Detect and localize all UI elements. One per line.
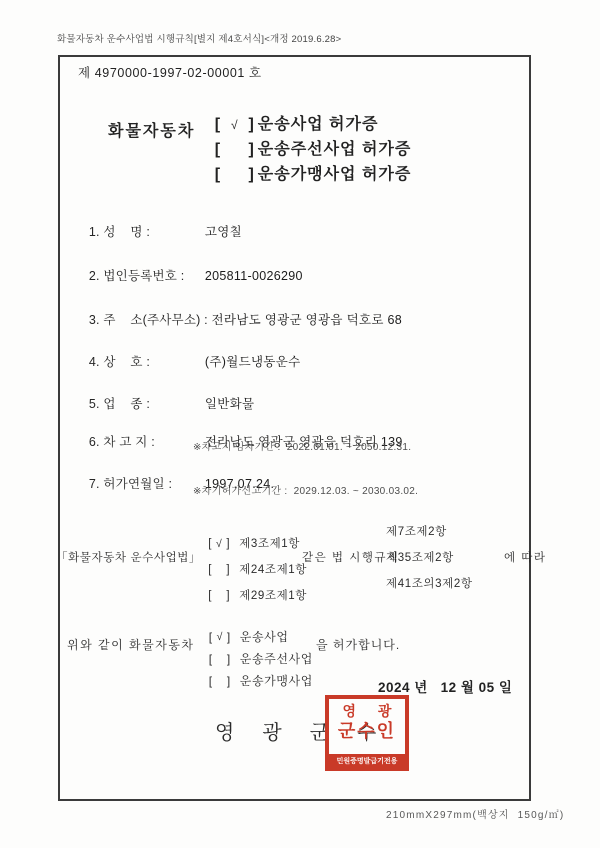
scanned-license-document: 화물자동차 운수사업법 시행규칙[별지 제4호서식]<개정 2019.6.28>… (0, 0, 600, 848)
law-suffix-text: 에 따라 (504, 549, 547, 565)
garage-lease-period-note: ※차고지 임차기간 : 2022.01.01. ~ 2050.12.31. (193, 438, 411, 453)
grant-suffix-text: 을 허가합니다. (316, 636, 400, 653)
title-row-franchise: []운송가맹사업 허가증 (193, 143, 411, 202)
bracket-open: [ (208, 590, 212, 602)
item-label: 7. 허가연월일 : (89, 474, 205, 492)
rule-article-row2: 제35조제2항 (386, 549, 454, 565)
bracket-close: ] (226, 590, 230, 602)
law-article: 제29조제1항 (239, 590, 307, 602)
item-value: 고영칠 (205, 225, 242, 239)
item-value: 일반화물 (205, 397, 255, 411)
enforcement-rule-text: 같은 법 시행규칙 (302, 549, 400, 565)
paper-spec-footer: 210mmX297mm(백상지 150g/㎡) (386, 806, 564, 821)
item-label: 6. 차 고 지 : (89, 432, 205, 450)
item-label: 4. 상 호 : (89, 352, 205, 370)
checkbox-article29: [] (208, 590, 230, 602)
seal-band-text: 민원증명발급기전용 (329, 754, 405, 767)
rule-article-row1: 제7조제2항 (386, 523, 447, 539)
bracket-close: ] (248, 166, 254, 184)
bracket-close: ] (227, 674, 231, 688)
item-label: 2. 법인등록번호 : (89, 266, 205, 284)
law-row-article29: []제29조제1항 (193, 575, 307, 615)
title-prefix: 화물자동차 (108, 118, 195, 141)
form-reference-line: 화물자동차 운수사업법 시행규칙[별지 제4호서식]<개정 2019.6.28> (57, 31, 341, 45)
rule-article-row3: 제41조의3제2항 (386, 575, 473, 591)
seal-line2: 군수인 (338, 721, 396, 741)
document-number: 제 4970000-1997-02-00001 호 (78, 63, 262, 81)
item-address: 3. 주 소(주사무소) : 전라남도 영광군 영광읍 덕호로 68 (75, 296, 402, 342)
item-company-name: 4. 상 호 :(주)월드냉동운수 (75, 338, 300, 384)
grant-row-label: 운송가맹사업 (240, 674, 313, 688)
item-value: (주)월드냉동운수 (205, 355, 301, 369)
official-seal-stamp: 영 광 군수인 민원증명발급기전용 (325, 695, 409, 771)
item-label: 3. 주 소(주사무소) : (89, 310, 212, 328)
item-value: 205811-0026290 (205, 269, 303, 283)
item-label: 1. 성 명 : (89, 222, 205, 240)
seal-line1: 영 광 (334, 701, 401, 721)
bracket-open: [ (215, 166, 221, 184)
checkbox-grant-franchise: [] (209, 674, 231, 688)
item-value: 전라남도 영광군 영광읍 덕호로 68 (212, 313, 402, 327)
item-label: 5. 업 종 : (89, 394, 205, 412)
grant-row-franchise: []운송가맹사업 (193, 658, 313, 703)
grant-prefix-text: 위와 같이 화물자동차 (67, 636, 195, 653)
law-name: 「화물자동차 운수사업법」 (56, 549, 201, 565)
bracket-open: [ (209, 674, 213, 688)
next-permit-report-period-note: ※차기허가신고기간 : 2029.12.03. ~ 2030.03.02. (193, 482, 418, 497)
title-row-label: 운송가맹사업 허가증 (258, 166, 412, 183)
issue-date: 2024 년 12 월 05 일 (378, 676, 512, 696)
item-name: 1. 성 명 :고영칠 (75, 208, 242, 254)
item-corp-reg-number: 2. 법인등록번호 :205811-0026290 (75, 252, 303, 298)
checkbox-franchise-business: [] (215, 166, 255, 184)
